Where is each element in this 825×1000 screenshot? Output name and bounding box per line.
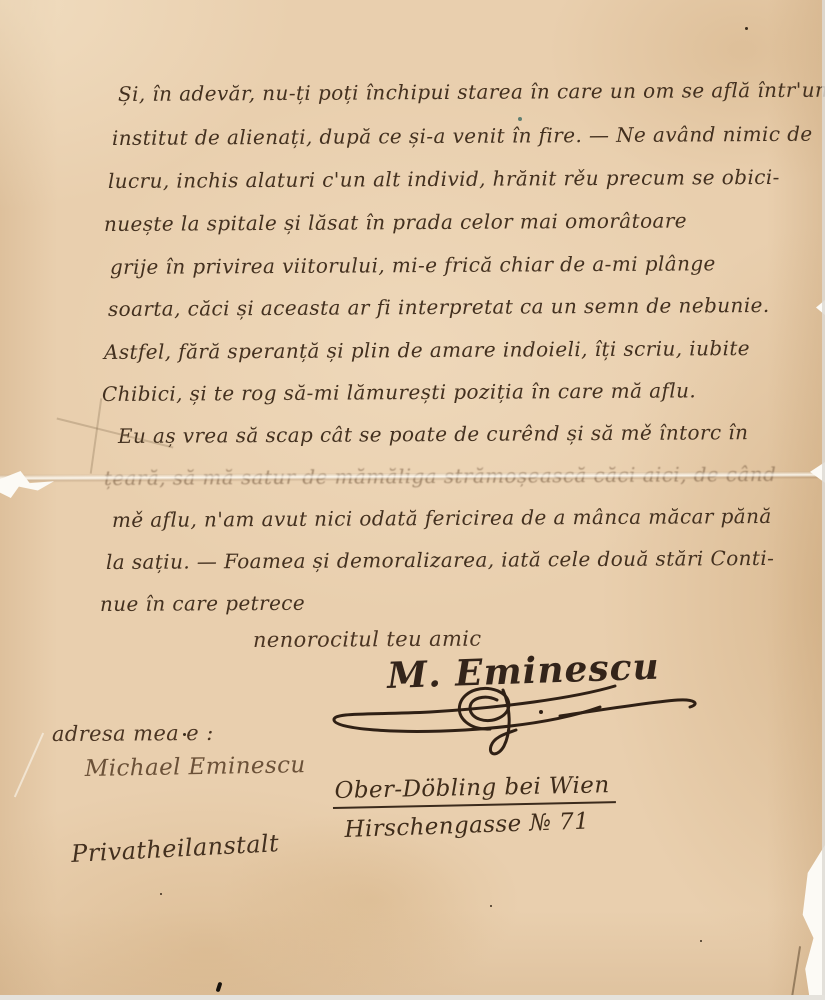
letter-line: nuește la spitale și lăsat în prada celo…	[104, 208, 687, 236]
letter-line: institut de alienați, după ce și-a venit…	[112, 122, 813, 150]
ink-speck	[518, 117, 522, 121]
letter-line: grije în privirea viitorului, mi-e frică…	[110, 251, 716, 279]
letter-line: Astfel, fără speranță și plin de amare i…	[104, 336, 750, 364]
letter-line: soarta, căci și aceasta ar fi interpreta…	[108, 293, 770, 321]
letter-line: nue în care petrece	[100, 591, 305, 616]
letter-scan: Și, în adevăr, nu-ți poți închipui stare…	[0, 0, 825, 1000]
closing-line: nenorocitul teu amic	[253, 627, 482, 652]
scan-edge-bottom	[0, 995, 825, 1000]
letter-line: Eu aș vrea să scap cât se poate de curên…	[118, 420, 749, 448]
letter-line: lucru, inchis alaturi c'un alt individ, …	[108, 165, 780, 193]
ink-speck	[700, 940, 702, 942]
ink-speck	[183, 733, 186, 736]
address-city: Ober-Döbling bei Wien	[332, 772, 616, 809]
ink-speck	[490, 905, 492, 907]
address-intro: adresa mea e :	[52, 721, 214, 746]
letter-line: mě aflu, n'am avut nici odată fericirea …	[112, 504, 772, 532]
letter-line: la sațiu. — Foamea și demoralizarea, iat…	[106, 546, 774, 574]
letter-line: Și, în adevăr, nu-ți poți închipui stare…	[118, 78, 825, 106]
address-name: Michael Eminescu	[85, 752, 306, 782]
ink-speck	[160, 893, 162, 895]
ink-speck	[745, 27, 748, 30]
letter-line: Chibici, și te rog să-mi lămurești poziț…	[102, 378, 696, 406]
